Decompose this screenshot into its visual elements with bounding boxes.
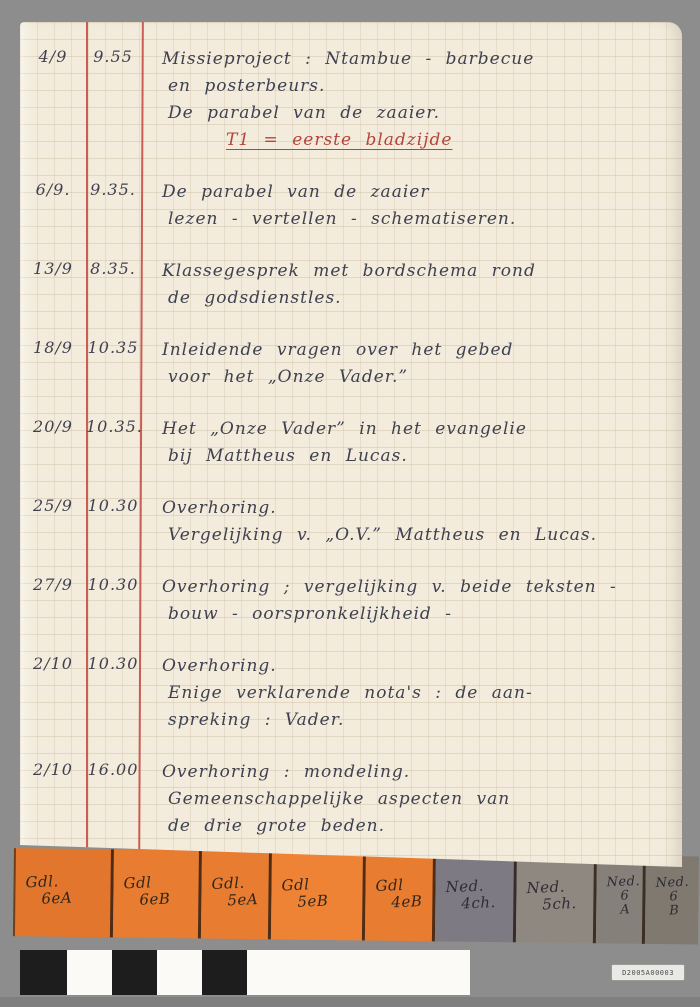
entry-line: Gemeenschappelijke aspecten van [162, 786, 676, 813]
entry-date: 25/9 [20, 495, 86, 549]
log-entry: 27/9 10.30 Overhoring ; vergelijking v. … [20, 574, 682, 628]
index-tab: Gdl.5eA [201, 850, 272, 939]
entry-time: 10.35. [86, 416, 140, 470]
entry-line: Enige verklarende nota's : de aan- [162, 680, 676, 707]
entry-text: Overhoring : mondeling.Gemeenschappelijk… [140, 759, 682, 840]
entry-line: Het „Onze Vader” in het evangelie [162, 416, 676, 443]
index-tab: Gdl5eB [271, 851, 366, 940]
entry-line: De parabel van de zaaier. [162, 100, 676, 127]
tab-label: 5ch. [526, 895, 590, 915]
entry-text: Klassegesprek met bordschema rondde gods… [140, 258, 682, 312]
entry-line: Overhoring ; vergelijking v. beide tekst… [162, 574, 676, 601]
entry-time: 10.35 [86, 337, 140, 391]
entry-line: de godsdienstles. [162, 285, 676, 312]
index-tab: Ned.6B [645, 856, 699, 945]
scale-white-block [67, 950, 112, 995]
entry-line: bouw - oorspronkelijkheid - [162, 601, 676, 628]
catalog-id-label: D2005A00003 [611, 964, 685, 981]
log-entry: 13/9 8.35. Klassegesprek met bordschema … [20, 258, 682, 312]
entry-date: 27/9 [20, 574, 86, 628]
entry-time: 8.35. [86, 258, 140, 312]
entry-line: voor het „Onze Vader.” [162, 364, 676, 391]
entry-text: Overhoring.Vergelijking v. „O.V.” Matthe… [140, 495, 682, 549]
scale-white-block [247, 950, 470, 995]
red-annotation: T1 = eerste bladzijde [226, 127, 676, 154]
index-tab: Ned.6A [596, 855, 646, 944]
tab-label: 5eB [281, 891, 359, 911]
index-tab: Gdl4eB [365, 852, 436, 941]
tab-label: B [655, 903, 695, 919]
entry-text: Inleidende vragen over het gebedvoor het… [140, 337, 682, 391]
scan-bottom-edge [0, 997, 700, 1007]
index-tab: Ned.5ch. [516, 854, 597, 943]
entry-line: Overhoring : mondeling. [162, 759, 676, 786]
log-entry: 25/9 10.30 Overhoring.Vergelijking v. „O… [20, 495, 682, 549]
entry-time: 10.30 [86, 574, 140, 628]
entry-line: Klassegesprek met bordschema rond [162, 258, 676, 285]
scan-background: { "colors": { "background_grey": "#8d8d8… [0, 0, 700, 1007]
index-tab: Ned.4ch. [435, 853, 517, 942]
log-entry: 20/9 10.35. Het „Onze Vader” in het evan… [20, 416, 682, 470]
log-entry: 6/9. 9.35. De parabel van de zaaierlezen… [20, 179, 682, 233]
index-tab: Gdl.6eA [13, 848, 114, 937]
entry-text: Overhoring ; vergelijking v. beide tekst… [140, 574, 682, 628]
entry-line: Overhoring. [162, 495, 676, 522]
entry-text: Het „Onze Vader” in het evangeliebij Mat… [140, 416, 682, 470]
entry-line: Inleidende vragen over het gebed [162, 337, 676, 364]
entry-time: 10.30 [86, 653, 140, 734]
photo-scale-bar [20, 950, 470, 995]
entry-date: 13/9 [20, 258, 86, 312]
entry-date: 4/9 [20, 46, 86, 154]
entry-time: 10.30 [86, 495, 140, 549]
log-entry: 2/10 16.00 Overhoring : mondeling.Gemeen… [20, 759, 682, 840]
tab-label: 4eB [375, 893, 429, 912]
log-entry: 18/9 10.35 Inleidende vragen over het ge… [20, 337, 682, 391]
entry-line: Missieproject : Ntambue - barbecue [162, 46, 676, 73]
entry-date: 2/10 [20, 653, 86, 734]
entry-time: 9.55 [86, 46, 140, 154]
tab-label: 5eA [211, 891, 265, 910]
entry-date: 18/9 [20, 337, 86, 391]
entry-date: 6/9. [20, 179, 86, 233]
tab-label: 6eA [25, 888, 107, 908]
entry-date: 20/9 [20, 416, 86, 470]
scale-black-block [112, 950, 157, 995]
tab-label: A [606, 903, 639, 918]
entry-line: spreking : Vader. [162, 707, 676, 734]
entry-line: Overhoring. [162, 653, 676, 680]
scale-black-block [20, 950, 67, 995]
tab-label: 6eB [123, 890, 195, 910]
notebook-page: 4/9 9.55 Missieproject : Ntambue - barbe… [20, 22, 682, 867]
tab-label: 4ch. [445, 894, 510, 914]
entry-line: lezen - vertellen - schematiseren. [162, 206, 676, 233]
entry-line: de drie grote beden. [162, 813, 676, 840]
index-tab: Gdl6eB [113, 849, 202, 938]
entry-text: De parabel van de zaaierlezen - vertelle… [140, 179, 682, 233]
entry-line: en posterbeurs. [162, 73, 676, 100]
entry-time: 16.00 [86, 759, 140, 840]
entry-text: Missieproject : Ntambue - barbecueen pos… [140, 46, 682, 154]
entry-date: 2/10 [20, 759, 86, 840]
scale-white-block [157, 950, 202, 995]
lesson-log-entries: 4/9 9.55 Missieproject : Ntambue - barbe… [20, 22, 682, 840]
entry-line: De parabel van de zaaier [162, 179, 676, 206]
entry-text: Overhoring.Enige verklarende nota's : de… [140, 653, 682, 734]
entry-line: bij Mattheus en Lucas. [162, 443, 676, 470]
entry-line: Vergelijking v. „O.V.” Mattheus en Lucas… [162, 522, 676, 549]
entry-time: 9.35. [86, 179, 140, 233]
log-entry: 4/9 9.55 Missieproject : Ntambue - barbe… [20, 46, 682, 154]
scale-black-block [202, 950, 247, 995]
log-entry: 2/10 10.30 Overhoring.Enige verklarende … [20, 653, 682, 734]
